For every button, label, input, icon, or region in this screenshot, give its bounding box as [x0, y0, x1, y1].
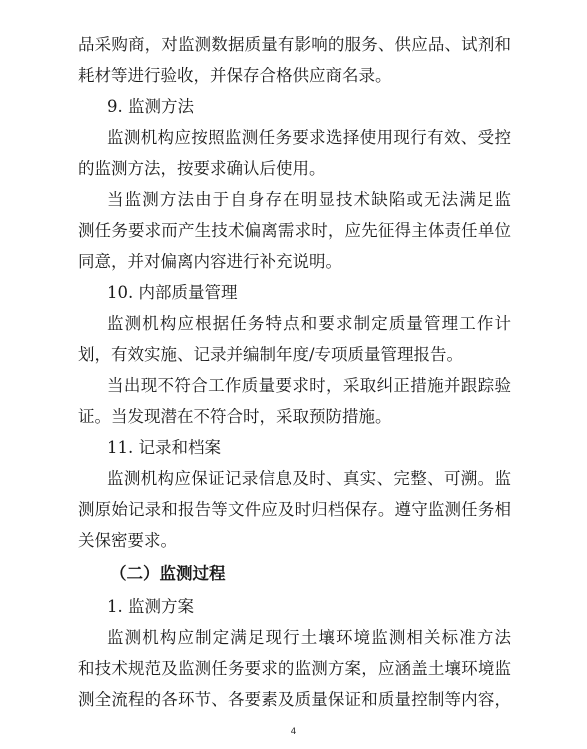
- text-line: 监测机构应根据任务特点和要求制定质量管理工作计: [107, 314, 511, 334]
- section-heading-monitoring-method: 9. 监测方法: [107, 97, 511, 117]
- text-line: 同意，并对偏离内容进行补充说明。: [78, 252, 511, 272]
- document-page: 品采购商，对监测数据质量有影响的服务、供应品、试剂和 耗材等进行验收，并保存合格…: [0, 0, 587, 749]
- text-line: 监测机构应按照监测任务要求选择使用现行有效、受控: [107, 128, 511, 148]
- section-heading-monitoring-plan: 1. 监测方案: [107, 597, 511, 617]
- text-line: 测原始记录和报告等文件应及时归档保存。遵守监测任务相: [78, 500, 511, 520]
- section-heading-internal-quality: 10. 内部质量管理: [107, 283, 511, 303]
- chapter-heading-monitoring-process: （二）监测过程: [110, 564, 514, 584]
- text-line: 的监测方法，按要求确认后使用。: [78, 159, 511, 179]
- text-line: 证。当发现潜在不符合时，采取预防措施。: [78, 407, 511, 427]
- page-number: 4: [0, 727, 587, 737]
- text-line: 和技术规范及监测任务要求的监测方案，应涵盖土壤环境监: [78, 659, 511, 679]
- text-line: 耗材等进行验收，并保存合格供应商名录。: [78, 66, 511, 86]
- text-line: 关保密要求。: [78, 531, 511, 551]
- section-heading-records-archives: 11. 记录和档案: [107, 438, 511, 458]
- text-line: 测全流程的各环节、各要素及质量保证和质量控制等内容，: [78, 690, 511, 710]
- text-line: 划，有效实施、记录并编制年度/专项质量管理报告。: [78, 345, 511, 365]
- text-line: 测任务要求而产生技术偏离需求时，应先征得主体责任单位: [78, 221, 511, 241]
- text-line: 品采购商，对监测数据质量有影响的服务、供应品、试剂和: [78, 35, 511, 55]
- text-line: 当监测方法由于自身存在明显技术缺陷或无法满足监: [107, 190, 511, 210]
- text-line: 当出现不符合工作质量要求时，采取纠正措施并跟踪验: [107, 376, 511, 396]
- text-line: 监测机构应制定满足现行土壤环境监测相关标准方法: [107, 628, 511, 648]
- text-line: 监测机构应保证记录信息及时、真实、完整、可溯。监: [107, 469, 511, 489]
